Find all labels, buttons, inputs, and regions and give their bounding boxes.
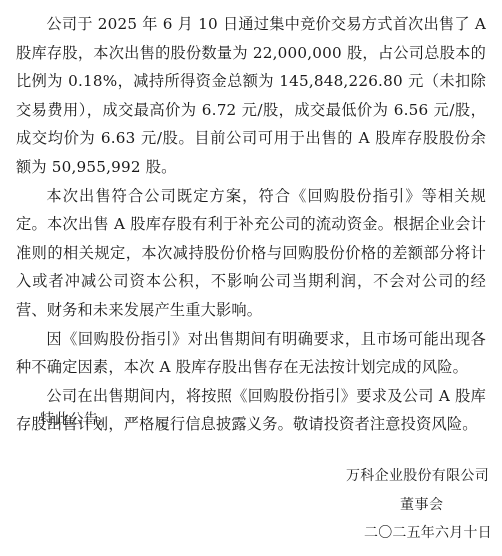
closing-statement: 特此公告。 bbox=[40, 410, 113, 430]
signature-company: 万科企业股份有限公司 bbox=[346, 466, 489, 486]
announcement-body: 公司于 2025 年 6 月 10 日通过集中竞价交易方式首次出售了 A 股库存… bbox=[16, 10, 486, 439]
signature-date: 二〇二五年六月十日 bbox=[364, 523, 492, 543]
paragraph-sale-details: 公司于 2025 年 6 月 10 日通过集中竞价交易方式首次出售了 A 股库存… bbox=[16, 10, 486, 182]
paragraph-compliance: 本次出售符合公司既定方案，符合《回购股份指引》等相关规定。本次出售 A 股库存股… bbox=[16, 182, 486, 325]
paragraph-risk: 因《回购股份指引》对出售期间有明确要求，且市场可能出现各种不确定因素，本次 A … bbox=[16, 325, 486, 382]
signature-board: 董事会 bbox=[400, 495, 444, 515]
